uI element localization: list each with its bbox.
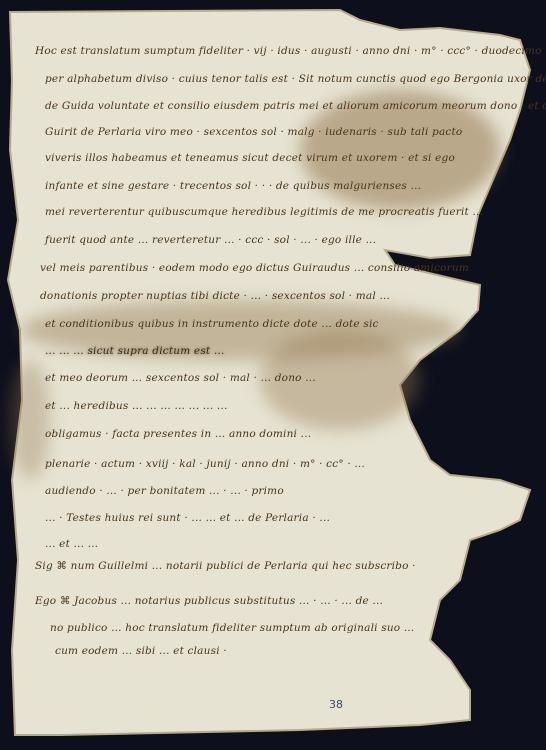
text-line: ... ... ... sicut supra dictum est ... (45, 345, 225, 357)
text-line: donationis propter nuptias tibi dicte · … (40, 290, 390, 302)
notary-subscription: Ego ⌘ Jacobus ... notarius publicus subs… (35, 595, 383, 607)
text-line: mei reverterentur quibuscumque heredibus… (45, 206, 483, 218)
notary-subscription: Sig ⌘ num Guillelmi ... notarii publici … (35, 560, 416, 572)
text-line: infante et sine gestare · trecentos sol … (45, 180, 421, 192)
text-line: de Guida voluntate et consilio eiusdem p… (45, 100, 546, 112)
notary-subscription: cum eodem ... sibi ... et clausi · (55, 645, 227, 657)
text-line: ... et ... ... (45, 538, 98, 550)
scan-background: Hoc est translatum sumptum fideliter · v… (0, 0, 546, 750)
text-line: Hoc est translatum sumptum fideliter · v… (35, 45, 546, 57)
water-stain (10, 360, 50, 480)
text-line: per alphabetum diviso · cuius tenor tali… (45, 73, 546, 85)
text-line: fuerit quod ante ... reverteretur ... · … (45, 234, 376, 246)
text-line: plenarie · actum · xviij · kal · junij ·… (45, 458, 365, 470)
text-line: et conditionibus quibus in instrumento d… (45, 318, 379, 330)
text-line: audiendo · ... · per bonitatem ... · ...… (45, 485, 284, 497)
text-line: et ... heredibus ... ... ... ... ... ...… (45, 400, 228, 412)
text-line: vel meis parentibus · eodem modo ego dic… (40, 262, 469, 274)
text-line: viveris illos habeamus et teneamus sicut… (45, 152, 455, 164)
folio-number: 38 (329, 698, 343, 711)
text-line: obligamus · facta presentes in ... anno … (45, 428, 311, 440)
text-line: Guirit de Perlaria viro meo · sexcentos … (45, 126, 462, 138)
text-line: et meo deorum ... sexcentos sol · mal · … (45, 372, 316, 384)
notary-subscription: no publico ... hoc translatum fideliter … (50, 622, 414, 634)
text-line: ... · Testes huius rei sunt · ... ... et… (45, 512, 330, 524)
